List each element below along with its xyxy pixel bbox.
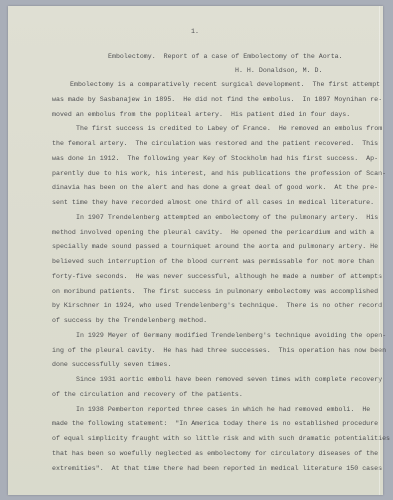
text-line: In 1929 Meyer of Germany modified Trende… bbox=[76, 332, 386, 340]
text-line: done successfully seven times. bbox=[52, 361, 171, 369]
text-line: of success by the Trendelenberg method. bbox=[52, 317, 207, 325]
text-line: ing of the pleural cavity. He has had th… bbox=[52, 347, 386, 355]
text-line: of equal simplicity fraught with so litt… bbox=[52, 435, 390, 443]
text-line: Since 1931 aortic emboli have been remov… bbox=[76, 376, 382, 384]
text-line: was made by Sasbanajew in 1895. He did n… bbox=[52, 96, 382, 104]
text-line: parently due to his work, his interest, … bbox=[52, 170, 386, 178]
text-line: method involved opening the pleural cavi… bbox=[52, 229, 374, 237]
text-line: specially made sound passed a tourniquet… bbox=[52, 243, 378, 251]
text-line: that has been so woefully neglected as e… bbox=[52, 450, 378, 458]
text-line: In 1938 Pemberton reported three cases i… bbox=[76, 406, 370, 414]
text-line: on moribund patients. The first success … bbox=[52, 288, 378, 296]
page-number: 1. bbox=[191, 28, 199, 36]
text-line: moved an embolus from the popliteal arte… bbox=[52, 111, 350, 119]
text-line: extremities". At that time there had bee… bbox=[52, 465, 382, 473]
text-line: The first success is credited to Labey o… bbox=[76, 125, 382, 133]
document-page: 1. Embolectomy. Report of a case of Embo… bbox=[8, 6, 383, 495]
text-line: by Kirschner in 1924, who used Trendelen… bbox=[52, 302, 382, 310]
text-line: the femoral artery. The circulation was … bbox=[52, 140, 378, 148]
document-title: Embolectomy. Report of a case of Embolec… bbox=[108, 53, 343, 61]
text-line: believed such interruption of the blood … bbox=[52, 258, 374, 266]
text-line: dinavia has been on the alert and has do… bbox=[52, 184, 378, 192]
text-line: of the circulation and recovery of the p… bbox=[52, 391, 243, 399]
text-line: sent time they have recorded almost one … bbox=[52, 199, 374, 207]
text-line: Embolectomy is a comparatively recent su… bbox=[70, 81, 380, 89]
text-line: was done in 1912. The following year Key… bbox=[52, 155, 378, 163]
text-line: forty-five seconds. He was never success… bbox=[52, 273, 382, 281]
author-line: H. H. Donaldson, M. D. bbox=[235, 67, 323, 75]
text-line: In 1907 Trendelenberg attempted an embol… bbox=[76, 214, 378, 222]
text-line: made the following statement: "In Americ… bbox=[52, 420, 378, 428]
